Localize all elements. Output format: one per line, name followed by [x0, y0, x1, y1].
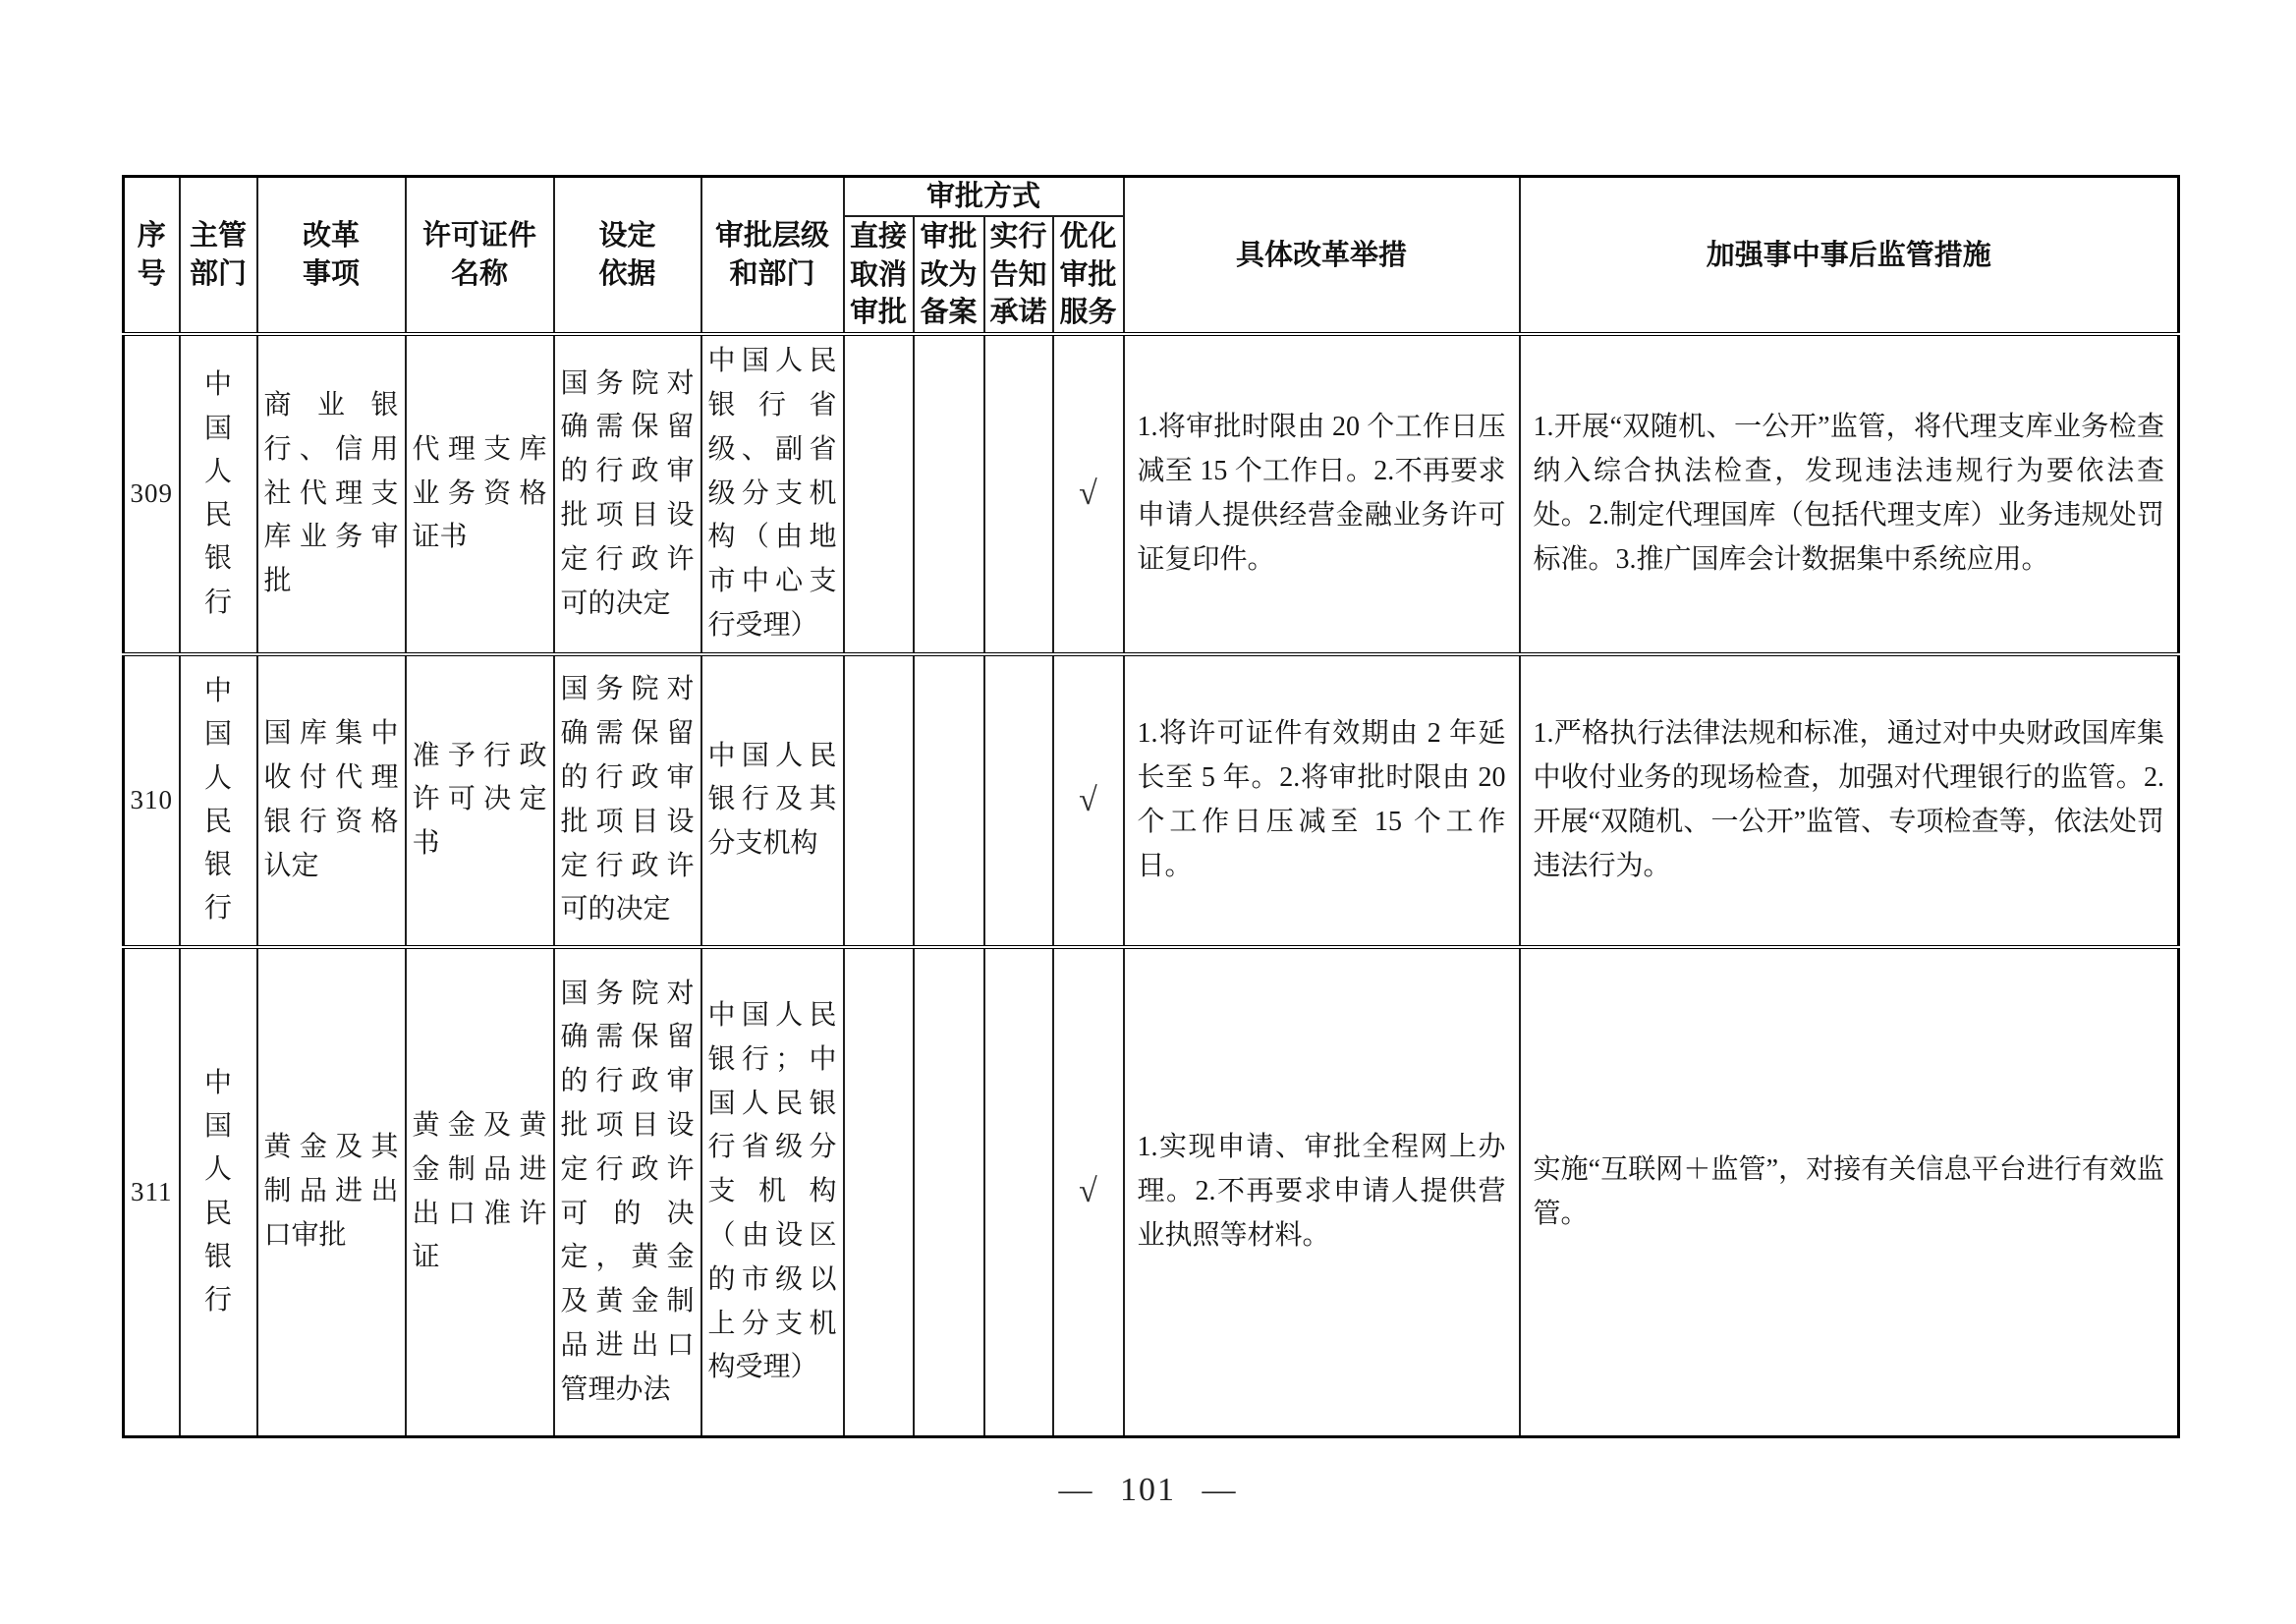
cell-reform-item: 黄金及其制品进出口审批	[257, 947, 406, 1437]
cell-department: 中 国 人 民 银 行	[180, 947, 257, 1437]
document-page: 序 号 主管 部门 改革 事项 许可证件 名称 设定 依据 审批层级 和部门 审…	[0, 0, 2296, 1624]
cell-basis: 国务院对确需保留的行政审批项目设定行政许可的决定	[554, 654, 701, 947]
header-method-cancel: 直接 取消 审批	[844, 216, 914, 334]
cell-reform-item: 国库集中收付代理银行资格认定	[257, 654, 406, 947]
check-optimize: √	[1053, 654, 1124, 947]
cell-approval-level: 中国人民银行省级、副省级分支机构（由地市中心支行受理）	[701, 334, 844, 654]
header-reform-item: 改革 事项	[257, 177, 406, 335]
cell-department: 中 国 人 民 银 行	[180, 334, 257, 654]
check-commitment	[984, 334, 1053, 654]
table-row-309: 309 中 国 人 民 银 行 商业银行、信用社代理支库业务审批 代理支库业务资…	[124, 334, 2179, 654]
table-row-310: 310 中 国 人 民 银 行 国库集中收付代理银行资格认定 准予行政许可决定书…	[124, 654, 2179, 947]
check-commitment	[984, 947, 1053, 1437]
header-method-filing: 审批 改为 备案	[914, 216, 984, 334]
check-cancel	[844, 947, 914, 1437]
check-filing	[914, 947, 984, 1437]
table-header: 序 号 主管 部门 改革 事项 许可证件 名称 设定 依据 审批层级 和部门 审…	[124, 177, 2179, 335]
cell-license-name: 黄金及黄金制品进出口准许证	[406, 947, 554, 1437]
page-number: — 101 —	[0, 1472, 2296, 1509]
cell-measures: 1.将审批时限由 20 个工作日压减至 15 个工作日。2.不再要求申请人提供经…	[1124, 334, 1520, 654]
cell-supervision: 1.开展“双随机、一公开”监管，将代理支库业务检查纳入综合执法检查，发现违法违规…	[1520, 334, 2179, 654]
check-filing	[914, 334, 984, 654]
cell-reform-item: 商业银行、信用社代理支库业务审批	[257, 334, 406, 654]
header-basis: 设定 依据	[554, 177, 701, 335]
header-method-optimize: 优化 审批 服务	[1053, 216, 1124, 334]
header-approval-method: 审批方式	[844, 177, 1124, 217]
cell-serial: 309	[124, 334, 180, 654]
cell-basis: 国务院对确需保留的行政审批项目设定行政许可的决定	[554, 334, 701, 654]
check-optimize: √	[1053, 947, 1124, 1437]
cell-approval-level: 中国人民银行；中国人民银行省级分支机构（由设区的市级以上分支机构受理）	[701, 947, 844, 1437]
cell-basis: 国务院对确需保留的行政审批项目设定行政许可的决定，黄金及黄金制品进出口管理办法	[554, 947, 701, 1437]
cell-serial: 310	[124, 654, 180, 947]
cell-serial: 311	[124, 947, 180, 1437]
cell-license-name: 代理支库业务资格证书	[406, 334, 554, 654]
cell-supervision: 实施“互联网＋监管”，对接有关信息平台进行有效监管。	[1520, 947, 2179, 1437]
check-cancel	[844, 334, 914, 654]
cell-measures: 1.实现申请、审批全程网上办理。2.不再要求申请人提供营业执照等材料。	[1124, 947, 1520, 1437]
header-department: 主管 部门	[180, 177, 257, 335]
check-commitment	[984, 654, 1053, 947]
check-optimize: √	[1053, 334, 1124, 654]
cell-supervision: 1.严格执行法律法规和标准，通过对中央财政国库集中收付业务的现场检查，加强对代理…	[1520, 654, 2179, 947]
header-measures: 具体改革举措	[1124, 177, 1520, 335]
header-license-name: 许可证件 名称	[406, 177, 554, 335]
check-filing	[914, 654, 984, 947]
header-supervision: 加强事中事后监管措施	[1520, 177, 2179, 335]
cell-measures: 1.将许可证件有效期由 2 年延长至 5 年。2.将审批时限由 20 个工作日压…	[1124, 654, 1520, 947]
header-method-commitment: 实行 告知 承诺	[984, 216, 1053, 334]
approval-items-table: 序 号 主管 部门 改革 事项 许可证件 名称 设定 依据 审批层级 和部门 审…	[122, 175, 2180, 1438]
header-approval-level: 审批层级 和部门	[701, 177, 844, 335]
table-row-311: 311 中 国 人 民 银 行 黄金及其制品进出口审批 黄金及黄金制品进出口准许…	[124, 947, 2179, 1437]
cell-approval-level: 中国人民银行及其分支机构	[701, 654, 844, 947]
cell-license-name: 准予行政许可决定书	[406, 654, 554, 947]
header-serial: 序 号	[124, 177, 180, 335]
cell-department: 中 国 人 民 银 行	[180, 654, 257, 947]
check-cancel	[844, 654, 914, 947]
